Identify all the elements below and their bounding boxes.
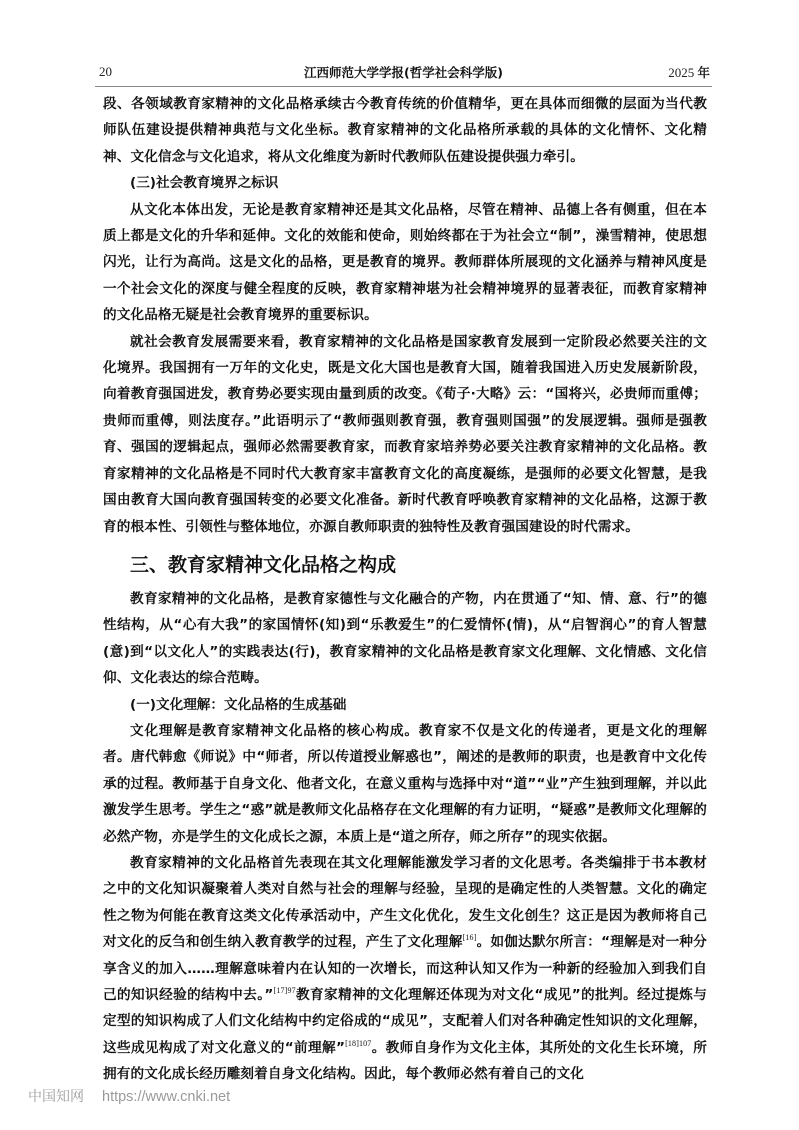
paragraph-continued: 段、各领域教育家精神的文化品格承续古今教育传统的价值精华，更在具体而细微的层面为…: [103, 91, 707, 170]
subsection-heading-1: (一)文化理解：文化品格的生成基础: [103, 692, 707, 718]
paragraph: 从文化本体出发，无论是教育家精神还是其文化品格，尽管在精神、品德上各有侧重，但在…: [103, 197, 707, 329]
year-number: 2025: [668, 65, 694, 80]
citation-18[interactable]: [18]107: [345, 1039, 371, 1048]
citation-16[interactable]: [16]: [463, 933, 477, 942]
cnki-url[interactable]: https://www.cnki.net: [102, 1089, 230, 1105]
citation-17[interactable]: [17]97: [274, 986, 296, 995]
paragraph: 文化理解是教育家精神文化品格的核心构成。教育家不仅是文化的传递者，更是文化的理解…: [103, 718, 707, 850]
running-header: 20 江西师范大学学报(哲学社会科学版) 2025 年: [95, 62, 712, 87]
section-heading: 三、教育家精神文化品格之构成: [103, 550, 707, 580]
paragraph: 教育家精神的文化品格，是教育家德性与文化融合的产物，内在贯通了“知、情、意、行”…: [103, 586, 707, 692]
journal-title: 江西师范大学学报(哲学社会科学版): [95, 63, 712, 81]
paragraph-with-citations: 教育家精神的文化品格首先表现在其文化理解能激发学习者的文化思考。各类编排于书本教…: [103, 850, 707, 1088]
cnki-logo-text: 中国知网: [28, 1089, 84, 1105]
article-body: 段、各领域教育家精神的文化品格承续古今教育传统的价值精华，更在具体而细微的层面为…: [103, 91, 707, 1088]
year-suffix: 年: [697, 65, 710, 80]
paragraph: 就社会教育发展需要来看，教育家精神的文化品格是国家教育发展到一定阶段必然要关注的…: [103, 329, 707, 540]
publication-year: 2025 年: [668, 63, 710, 81]
subsection-heading-3: (三)社会教育境界之标识: [103, 170, 707, 196]
watermark-footer: 中国知网https://www.cnki.net: [28, 1086, 248, 1106]
